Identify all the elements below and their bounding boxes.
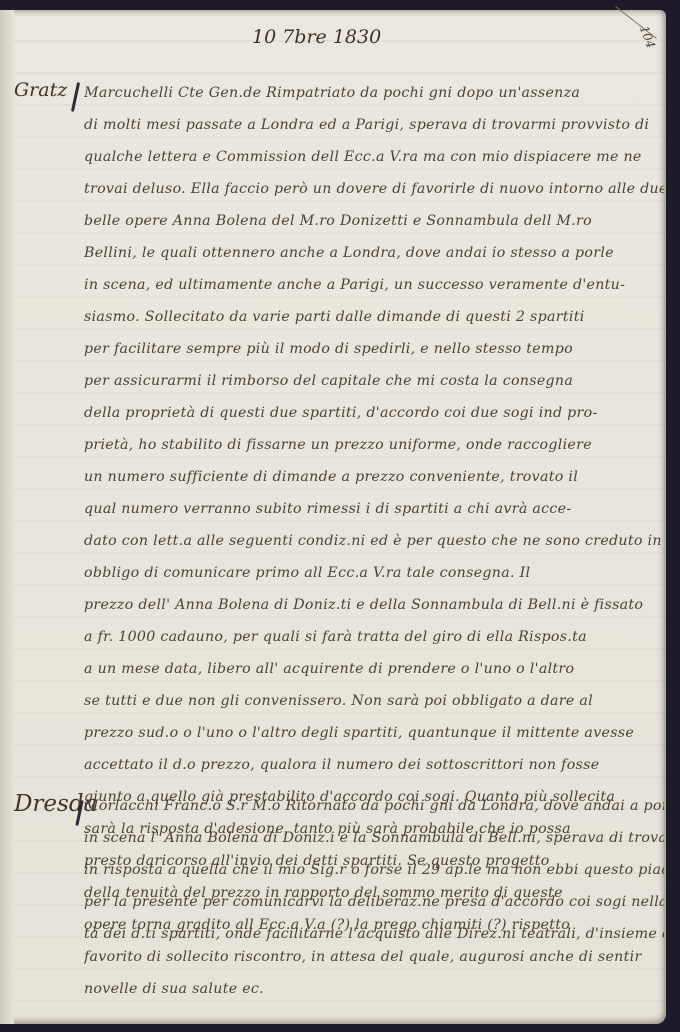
margin-place-label: Gratz [14, 79, 67, 101]
text-line: di molti mesi passate a Londra ed a Pari… [84, 109, 664, 141]
text-line: qualche lettera e Commission dell Ecc.a … [84, 141, 664, 173]
text-line: trovai deluso. Ella faccio però un dover… [84, 173, 664, 205]
text-line: siasmo. Sollecitato da varie parti dalle… [84, 301, 664, 333]
text-line: in risposta a quella che il mio Sig.r o … [84, 854, 664, 886]
text-line: Marcuchelli Cte Gen.de Rimpatriato da po… [84, 77, 664, 109]
text-line: tà dei d.ti spartiti, onde facilitarne l… [84, 918, 664, 950]
text-line: Bellini, le quali ottennero anche a Lond… [84, 237, 664, 269]
text-line: prietà, ho stabilito di fissarne un prez… [84, 429, 664, 461]
text-line: della proprietà di questi due spartiti, … [84, 397, 664, 429]
text-line: per la presente per comunicarvi la delib… [84, 886, 664, 918]
text-line: novelle di sua salute ec. [84, 973, 664, 1005]
text-line: dato con lett.a alle seguenti condiz.ni … [84, 525, 664, 557]
text-line: accettato il d.o prezzo, qualora il nume… [84, 749, 664, 781]
text-line: per assicurarmi il rimborso del capitale… [84, 365, 664, 397]
date-heading: 10 7bre 1830 [252, 26, 381, 48]
text-line: qual numero verranno subito rimessi i di… [84, 493, 664, 525]
text-line: se tutti e due non gli convenissero. Non… [84, 685, 664, 717]
text-line: prezzo sud.o o l'uno o l'altro degli spa… [84, 717, 664, 749]
text-line: obbligo di comunicare primo all Ecc.a V.… [84, 557, 664, 589]
page-binding-edge [0, 10, 14, 1024]
letter-entry: Morlacchi Franc.o S.r M.o Ritornato da p… [84, 790, 664, 950]
text-line: Morlacchi Franc.o S.r M.o Ritornato da p… [84, 790, 664, 822]
text-line: in scena l' Anna Bolena di Doniz.i e la … [84, 822, 664, 854]
text-line: un numero sufficiente di dimande a prezz… [84, 461, 664, 493]
text-line: per facilitare sempre più il modo di spe… [84, 333, 664, 365]
text-line: belle opere Anna Bolena del M.ro Donizet… [84, 205, 664, 237]
text-line: a fr. 1000 cadauno, per quali si farà tr… [84, 621, 664, 653]
text-line: in scena, ed ultimamente anche a Parigi,… [84, 269, 664, 301]
text-line: prezzo dell' Anna Bolena di Doniz.ti e d… [84, 589, 664, 621]
text-line: a un mese data, libero all' acquirente d… [84, 653, 664, 685]
